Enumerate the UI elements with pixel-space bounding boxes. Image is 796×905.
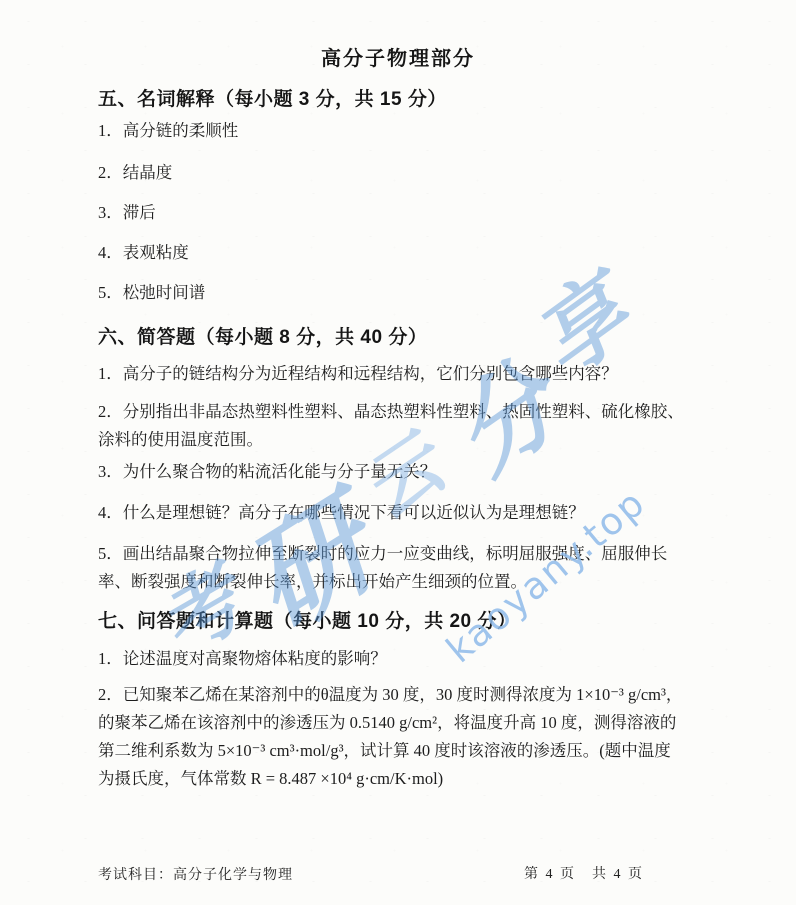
question-item: 2．分别指出非晶态热塑料性塑料、晶态热塑料性塑料、热固性塑料、硫化橡胶、 涂料的… <box>98 398 716 454</box>
question-item: 1．高分链的柔顺性 <box>98 117 716 145</box>
question-item: 1．高分子的链结构分为近程结构和远程结构，它们分别包含哪些内容？ <box>98 360 716 388</box>
page-title: 高分子物理部分 <box>0 42 796 71</box>
question-item: 2．结晶度 <box>98 159 716 187</box>
section-heading-7: 七、问答题和计算题（每小题 10 分，共 20 分） <box>98 606 516 633</box>
section-heading-5: 五、名词解释（每小题 3 分，共 15 分） <box>98 84 447 111</box>
section-heading-6: 六、简答题（每小题 8 分，共 40 分） <box>98 322 427 349</box>
footer-page-number: 第 4 页 共 4 页 <box>524 863 644 883</box>
question-item: 3．滞后 <box>98 199 716 227</box>
question-item: 4．什么是理想链？高分子在哪些情况下看可以近似认为是理想链？ <box>98 499 716 527</box>
question-item: 5．画出结晶聚合物拉伸至断裂时的应力一应变曲线，标明屈服强度、屈服伸长 率、断裂… <box>98 540 716 596</box>
question-item: 4．表观粘度 <box>98 239 716 267</box>
question-item: 5．松弛时间谱 <box>98 279 716 307</box>
exam-page: 考 研 云 分 享 kaoyany.top 高分子物理部分 五、名词解释（每小题… <box>0 0 796 905</box>
question-item: 2．已知聚苯乙烯在某溶剂中的θ温度为 30 度，30 度时测得浓度为 1×10⁻… <box>98 681 716 793</box>
footer-subject: 考试科目：高分子化学与物理 <box>98 864 293 884</box>
question-item: 3．为什么聚合物的粘流活化能与分子量无关？ <box>98 458 716 486</box>
question-item: 1．论述温度对高聚物熔体粘度的影响？ <box>98 645 716 673</box>
